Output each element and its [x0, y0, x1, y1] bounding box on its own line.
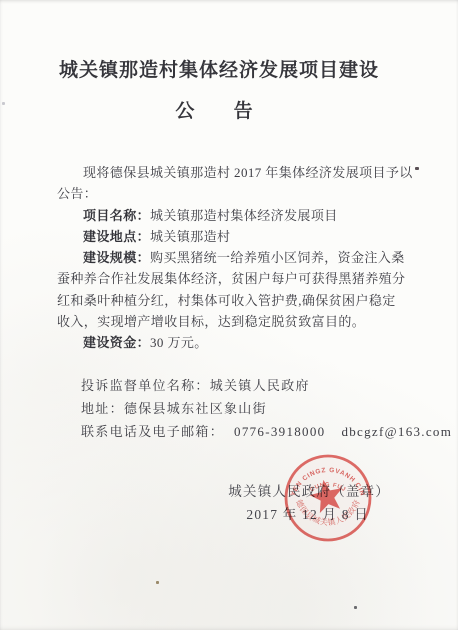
notice-body: 现将德保县城关镇那造村 2017 年集体经济发展项目予以 公告： 项目名称：城关… — [57, 162, 423, 354]
notice-title: 城关镇那造村集体经济发展项目建设 — [0, 55, 448, 82]
field-funds: 建设资金：30 万元。 — [57, 332, 423, 353]
official-seal: YEN CINGZ GVANH CIN CUNG FUJ 德保县城关镇人民政府 — [281, 451, 375, 545]
supervisor-line: 投诉监督单位名称：城关镇人民政府 — [81, 374, 441, 397]
field-label: 建设地点： — [83, 229, 150, 244]
field-label: 建设资金： — [83, 335, 150, 350]
field-scale-line-3: 红和桑叶种植分红，村集体可收入管护费,确保贫困户稳定 — [57, 290, 423, 311]
phone-email-label: 联系电话及电子邮箱： — [81, 424, 224, 439]
field-value: 城关镇那造村集体经济发展项目 — [150, 208, 338, 223]
scan-speck — [156, 581, 159, 584]
intro-line-1: 现将德保县城关镇那造村 2017 年集体经济发展项目予以 — [57, 162, 423, 183]
contact-block: 投诉监督单位名称：城关镇人民政府 地址：德保县城东社区象山街 联系电话及电子邮箱… — [81, 374, 441, 443]
phone-email-line: 联系电话及电子邮箱：0776-3918000dbcgzf@163.com — [81, 420, 441, 443]
field-value: 购买黑猪统一给养殖小区饲养，资金注入桑 — [150, 250, 405, 265]
notice-page: 城关镇那造村集体经济发展项目建设 公 告 现将德保县城关镇那造村 2017 年集… — [0, 0, 458, 630]
address-line: 地址：德保县城东社区象山街 — [81, 397, 441, 420]
field-scale-line-2: 蚕种养合作社发展集体经济，贫困户每户可获得黑猪养殖分 — [57, 268, 423, 289]
phone-number: 0776-3918000 — [234, 424, 325, 439]
scan-speck — [2, 102, 5, 105]
field-scale-line-4: 收入，实现增产增收目标，达到稳定脱贫致富目的。 — [57, 311, 423, 332]
field-value: 30 万元。 — [150, 335, 208, 350]
field-project-name: 项目名称：城关镇那造村集体经济发展项目 — [57, 205, 423, 226]
field-scale-line-1: 建设规模：购买黑猪统一给养殖小区饲养，资金注入桑 — [57, 247, 423, 268]
field-value: 城关镇那造村 — [150, 229, 230, 244]
field-location: 建设地点：城关镇那造村 — [57, 226, 423, 247]
field-label: 建设规模： — [83, 250, 150, 265]
field-label: 项目名称： — [83, 208, 150, 223]
email-address: dbcgzf@163.com — [341, 424, 452, 439]
notice-subtitle: 公 告 — [0, 96, 444, 123]
scan-speck — [354, 606, 357, 609]
scan-speck — [415, 167, 419, 170]
intro-line-2: 公告： — [57, 183, 423, 204]
